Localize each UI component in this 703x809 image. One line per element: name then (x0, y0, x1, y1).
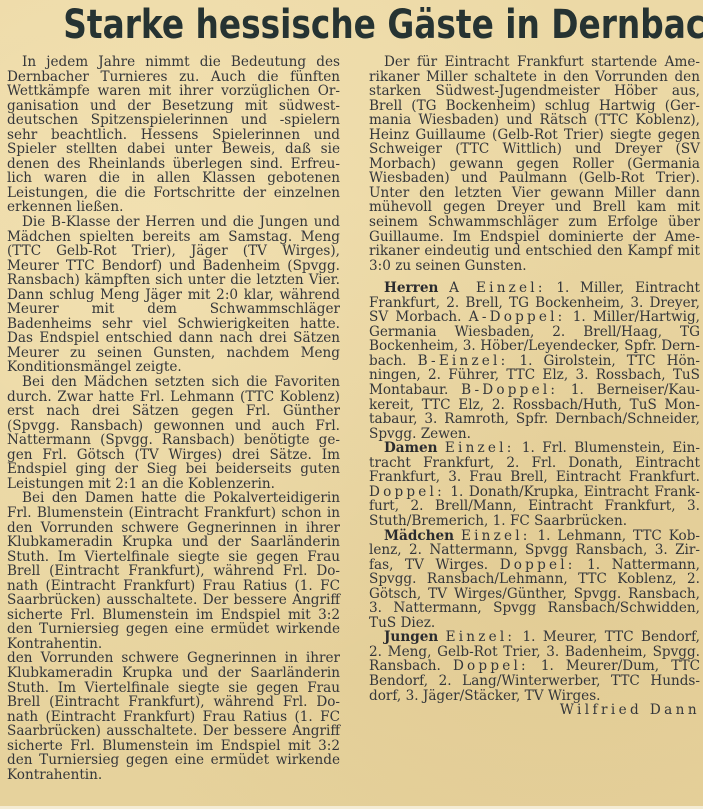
newspaper-clipping: Starke hessische Gäste in Dernbach In je… (0, 0, 703, 809)
results-damen: Damen Einzel: 1. Frl. Blumenstein, Ein­t… (369, 441, 700, 528)
right-column: Der für Eintracht Frankfurt startende Am… (369, 55, 700, 718)
paragraph-b-klasse: Die B-Klasse der Herren und die Jungen u… (7, 215, 340, 375)
results-jungen: Jungen Einzel: 1. Meurer, TTC Bendorf, 2… (369, 630, 700, 703)
paragraph-herren-report: Der für Eintracht Frankfurt startende Am… (369, 55, 700, 273)
results-herren: Herren A Einzel: 1. Miller, Eintracht Fr… (369, 281, 700, 441)
results-maedchen: Mädchen Einzel: 1. Lehmann, TTC Kob­lenz… (369, 529, 700, 631)
left-column: In jedem Jahre nimmt die Bedeutung des D… (7, 55, 340, 782)
paragraph-maedchen: Bei den Mädchen setzten sich die Favorit… (7, 375, 340, 491)
paragraph-intro: In jedem Jahre nimmt die Bedeutung des D… (7, 55, 340, 215)
author-byline: Wilfried Dann (369, 703, 700, 718)
article-headline: Starke hessische Gäste in Dernbach (63, 2, 639, 48)
paragraph-damen: Bei den Damen hatte die Pokalverteidiger… (7, 491, 340, 651)
paragraph-damen-duplicate: den Vorrunden schwere Gegnerinnen in ihr… (7, 651, 340, 782)
